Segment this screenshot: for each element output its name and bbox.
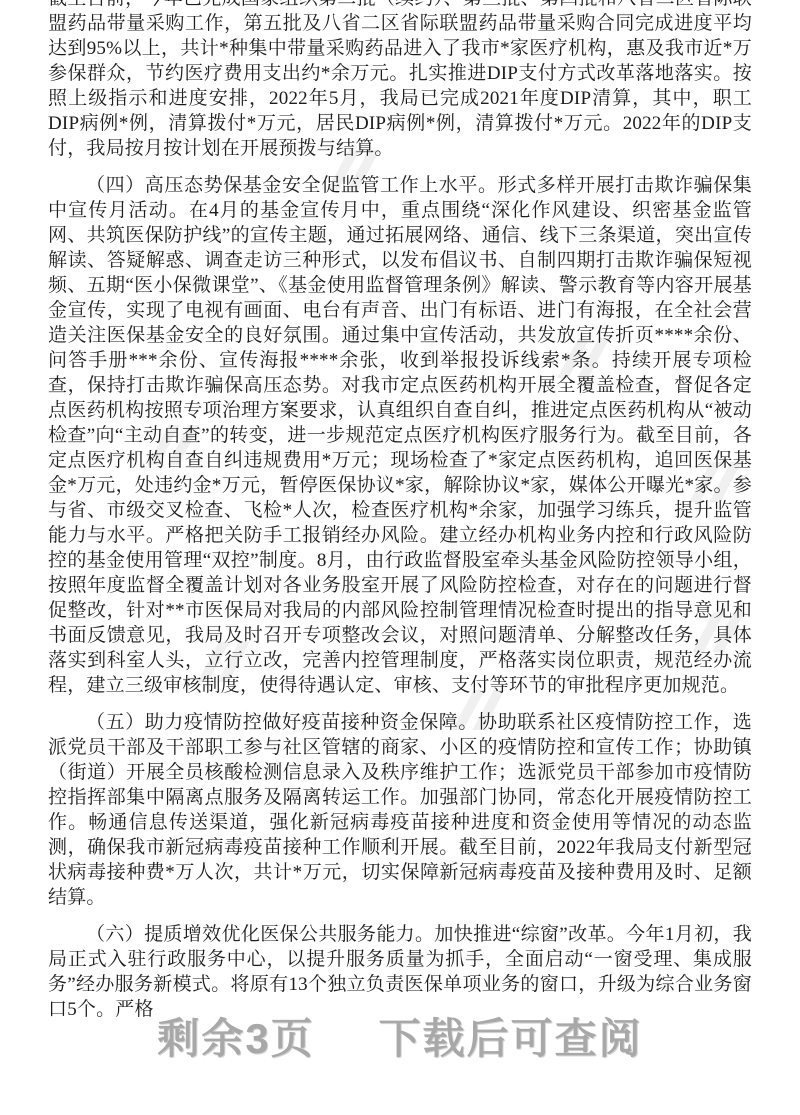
paragraph-2: （四）高压态势保基金安全促监管工作上水平。形式多样开展打击欺诈骗保集中宣传月活动… <box>48 173 752 698</box>
paragraph-1: 截至目前，今年已完成国家组织第二批（续约）、第三批、第四批和八省二区省际联盟药品… <box>48 0 752 161</box>
remaining-pages-label: 剩余3页 <box>157 1015 314 1062</box>
document-preview: { "page": { "background_color": "#ffffff… <box>0 0 800 1115</box>
document-body: 截至目前，今年已完成国家组织第二批（续约）、第三批、第四批和八省二区省际联盟药品… <box>48 0 752 1022</box>
document-page: 截至目前，今年已完成国家组织第二批（续约）、第三批、第四批和八省二区省际联盟药品… <box>0 0 800 1115</box>
download-hint-label: 下载后可查阅 <box>379 1015 643 1062</box>
download-overlay: 剩余3页下载后可查阅 <box>0 1006 800 1066</box>
paragraph-3: （五）助力疫情防控做好疫苗接种资金保障。协助联系社区疫情防控工作，选派党员干部及… <box>48 710 752 910</box>
